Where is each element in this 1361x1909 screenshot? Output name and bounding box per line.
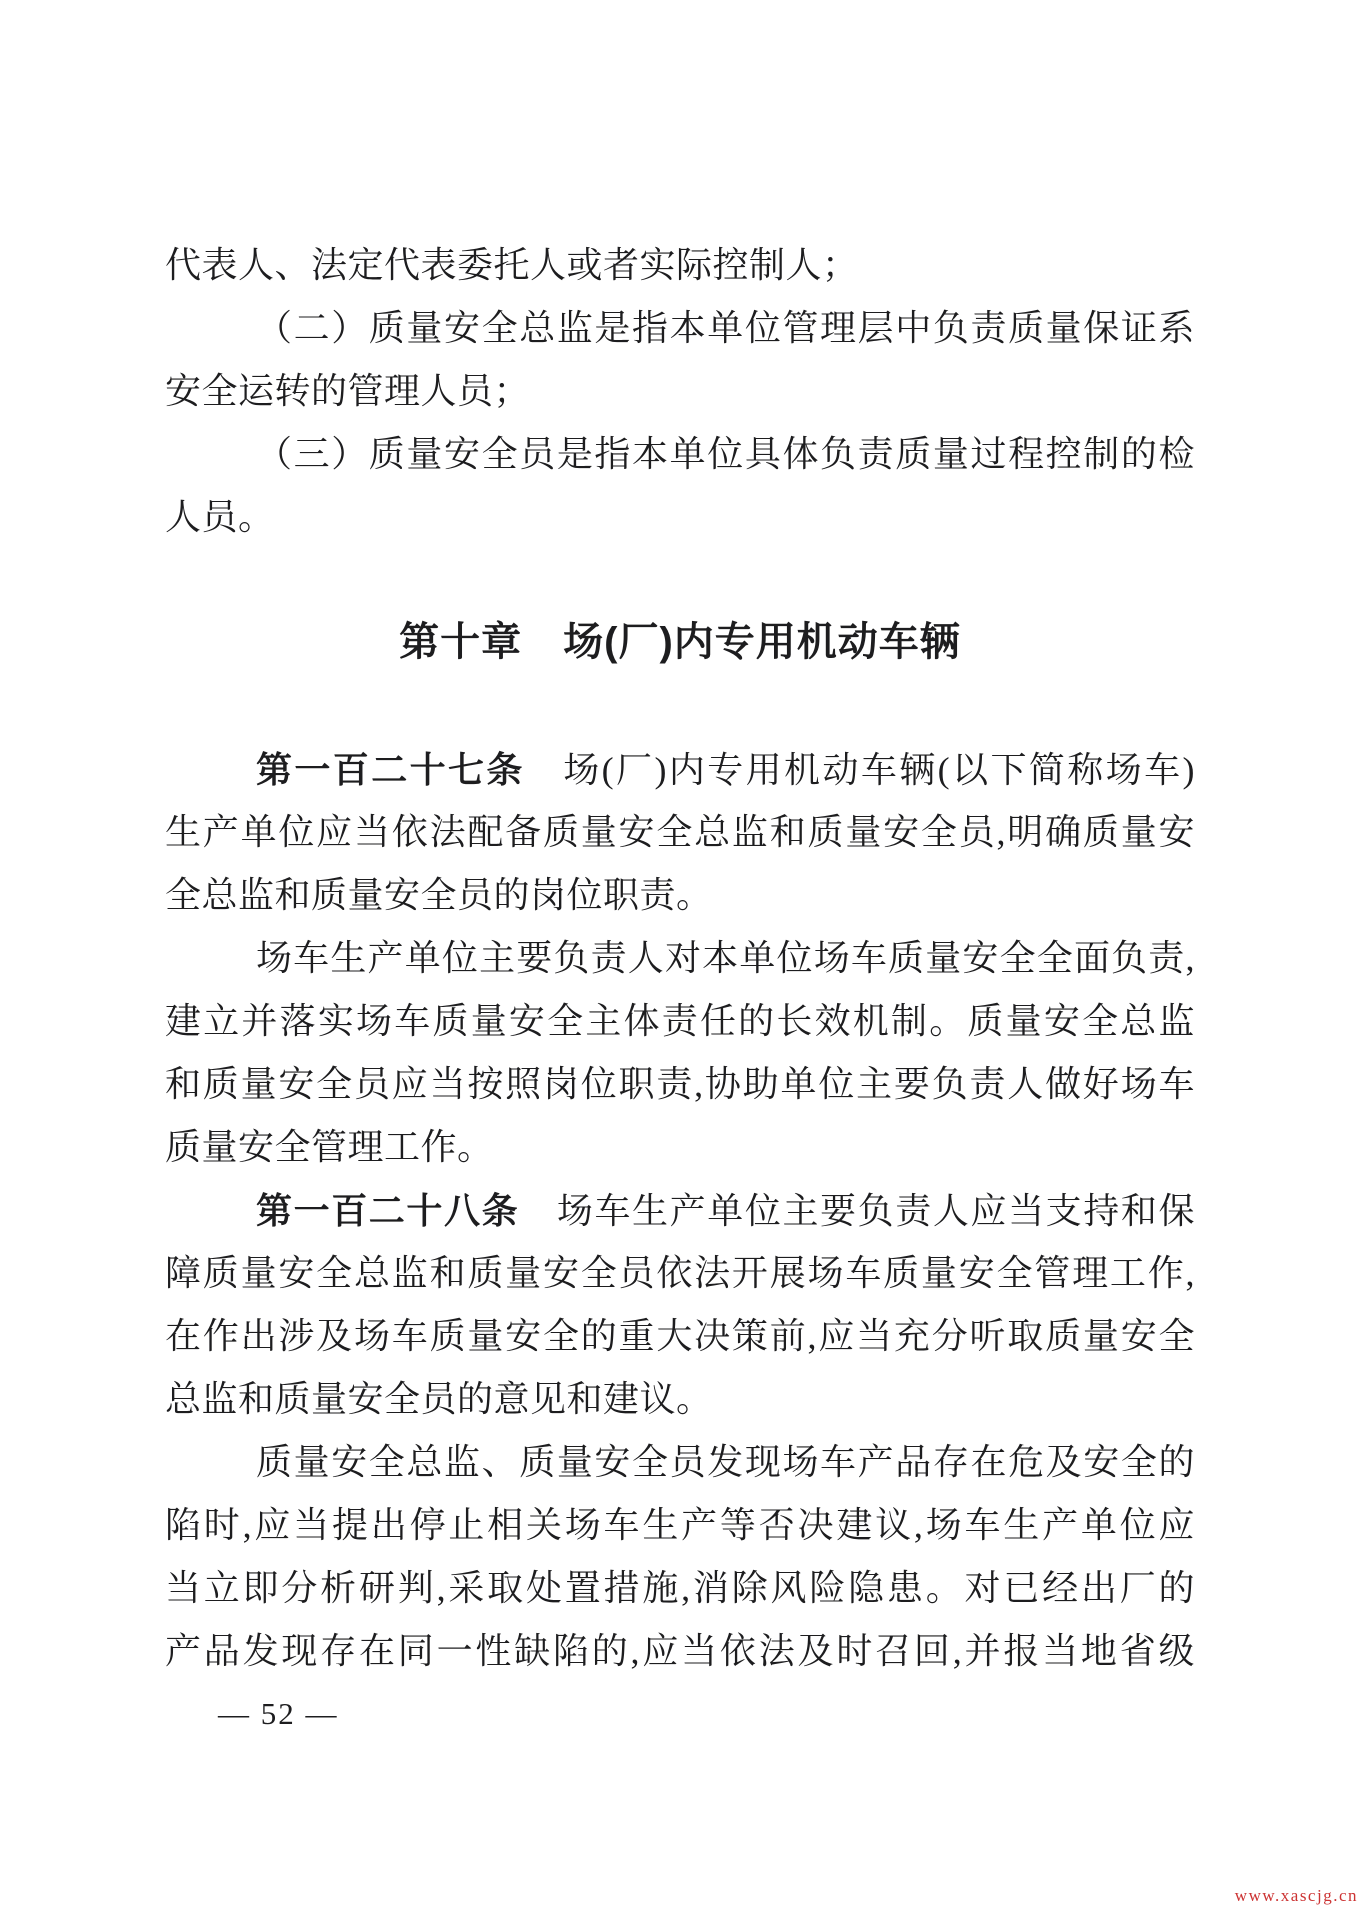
body-line: 当立即分析研判,采取处置措施,消除风险隐患。对已经出厂的 bbox=[165, 1557, 1195, 1620]
body-line: （三）质量安全员是指本单位具体负责质量过程控制的检查 bbox=[165, 423, 1195, 486]
body-line: 人员。 bbox=[165, 486, 1195, 549]
page-number: — 52 — bbox=[165, 1694, 1195, 1734]
body-line: 生产单位应当依法配备质量安全总监和质量安全员,明确质量安 bbox=[165, 801, 1195, 864]
body-line: 场车生产单位主要负责人对本单位场车质量安全全面负责, bbox=[165, 927, 1195, 990]
body-line: 质量安全管理工作。 bbox=[165, 1116, 1195, 1179]
article-text: 场车生产单位主要负责人应当支持和保 bbox=[519, 1191, 1195, 1231]
body-line: 代表人、法定代表委托人或者实际控制人； bbox=[165, 234, 1195, 297]
article-number: 第一百二十八条 bbox=[256, 1190, 519, 1231]
article-line: 第一百二十八条 场车生产单位主要负责人应当支持和保 bbox=[165, 1179, 1195, 1242]
body-line: 陷时,应当提出停止相关场车生产等否决建议,场车生产单位应 bbox=[165, 1494, 1195, 1557]
article-line: 第一百二十七条 场(厂)内专用机动车辆(以下简称场车) bbox=[165, 738, 1195, 801]
body-line: 全总监和质量安全员的岗位职责。 bbox=[165, 864, 1195, 927]
body-line: 质量安全总监、质量安全员发现场车产品存在危及安全的缺 bbox=[165, 1431, 1195, 1494]
spacer bbox=[165, 549, 1195, 610]
body-line: 和质量安全员应当按照岗位职责,协助单位主要负责人做好场车 bbox=[165, 1053, 1195, 1116]
body-line: 障质量安全总监和质量安全员依法开展场车质量安全管理工作, bbox=[165, 1242, 1195, 1305]
body-line: （二）质量安全总监是指本单位管理层中负责质量保证系统 bbox=[165, 297, 1195, 360]
document-page: 代表人、法定代表委托人或者实际控制人； （二）质量安全总监是指本单位管理层中负责… bbox=[0, 0, 1361, 1909]
body-line: 安全运转的管理人员； bbox=[165, 360, 1195, 423]
article-number: 第一百二十七条 bbox=[256, 749, 525, 790]
text-column: 代表人、法定代表委托人或者实际控制人； （二）质量安全总监是指本单位管理层中负责… bbox=[165, 234, 1195, 1734]
watermark-url: www.xascjg.cn bbox=[1235, 1886, 1358, 1906]
spacer bbox=[165, 674, 1195, 738]
article-text: 场(厂)内专用机动车辆(以下简称场车) bbox=[525, 750, 1195, 790]
body-line: 总监和质量安全员的意见和建议。 bbox=[165, 1368, 1195, 1431]
body-line: 建立并落实场车质量安全主体责任的长效机制。质量安全总监 bbox=[165, 990, 1195, 1053]
chapter-heading: 第十章 场(厂)内专用机动车辆 bbox=[165, 610, 1195, 674]
body-line: 产品发现存在同一性缺陷的,应当依法及时召回,并报当地省级 bbox=[165, 1620, 1195, 1683]
body-line: 在作出涉及场车质量安全的重大决策前,应当充分听取质量安全 bbox=[165, 1305, 1195, 1368]
